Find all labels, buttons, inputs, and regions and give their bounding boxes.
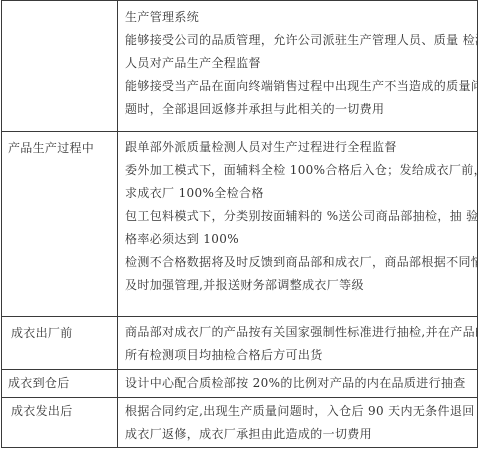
description-line: 跟单部外派质量检测人员对生产过程进行全程监督 [125,136,477,159]
description-line: 根据合同约定,出现生产质量问题时，入仓后 90 天内无条件退回 [125,400,477,423]
description-line: 检测不合格数据将及时反馈到商品部和成衣厂，商品部根据不同情况 [125,251,477,274]
description-line: 设计中心配合质检部按 20%的比例对产品的内在品质进行抽查 [125,372,477,395]
description-line: 委外加工模式下，面辅料全检 100%合格后入仓；发给成衣厂前，要 [125,159,477,182]
stage-label: 成衣发出后 [2,398,117,418]
description-line: 成衣厂返修，成衣厂承担由此造成的一切费用 [125,423,477,446]
stage-cell: 成衣发出后 [2,398,118,448]
description-line: 包工包料模式下，分类别按面辅料的 %送公司商品部抽检，抽 验合 [125,205,477,228]
description-line: 能够接受当产品在面向终端销售过程中出现生产不当造成的质量问 [125,75,477,98]
description-cell: 商品部对成衣厂的产品按有关国家强制性标准进行抽检,并在产品的 所有检测项目均抽检… [118,317,478,370]
description-cell: 根据合同约定,出现生产质量问题时，入仓后 90 天内无条件退回 成衣厂返修，成衣… [118,398,478,448]
stage-cell [2,1,118,132]
description-cell: 生产管理系统 能够接受公司的品质管理，允许公司派驻生产管理人员、质量 检测 人员… [118,1,478,132]
quality-control-table: 生产管理系统 能够接受公司的品质管理，允许公司派驻生产管理人员、质量 检测 人员… [1,0,478,448]
stage-label: 产品生产过程中 [2,132,117,155]
description-line: 人员对产品生产全程监督 [125,52,477,75]
description-line: 能够接受公司的品质管理，允许公司派驻生产管理人员、质量 检测 [125,29,477,52]
stage-cell: 成衣出厂前 [2,317,118,370]
description-line: 格率必须达到 100% [125,228,477,251]
description-cell: 跟单部外派质量检测人员对生产过程进行全程监督 委外加工模式下，面辅料全检 100… [118,132,478,317]
stage-label: 成衣到仓后 [2,370,117,390]
description-line: 题时，全部退回返修并承担与此相关的一切费用 [125,98,477,121]
stage-cell: 成衣到仓后 [2,370,118,398]
stage-cell: 产品生产过程中 [2,132,118,317]
table-row: 生产管理系统 能够接受公司的品质管理，允许公司派驻生产管理人员、质量 检测 人员… [2,1,478,132]
table-row: 成衣发出后 根据合同约定,出现生产质量问题时，入仓后 90 天内无条件退回 成衣… [2,398,478,448]
description-line: 商品部对成衣厂的产品按有关国家强制性标准进行抽检,并在产品的 [125,321,477,344]
table-row: 成衣到仓后 设计中心配合质检部按 20%的比例对产品的内在品质进行抽查 [2,370,478,398]
stage-label [2,1,117,10]
table-row: 产品生产过程中 跟单部外派质量检测人员对生产过程进行全程监督 委外加工模式下，面… [2,132,478,317]
description-line: 生产管理系统 [125,6,477,29]
stage-label: 成衣出厂前 [2,317,117,340]
description-line: 所有检测项目均抽检合格后方可出货 [125,344,477,367]
description-line: 求成衣厂 100%全检合格 [125,182,477,205]
table-row: 成衣出厂前 商品部对成衣厂的产品按有关国家强制性标准进行抽检,并在产品的 所有检… [2,317,478,370]
description-line: 及时加强管理,并报送财务部调整成衣厂等级 [125,274,477,297]
description-cell: 设计中心配合质检部按 20%的比例对产品的内在品质进行抽查 [118,370,478,398]
